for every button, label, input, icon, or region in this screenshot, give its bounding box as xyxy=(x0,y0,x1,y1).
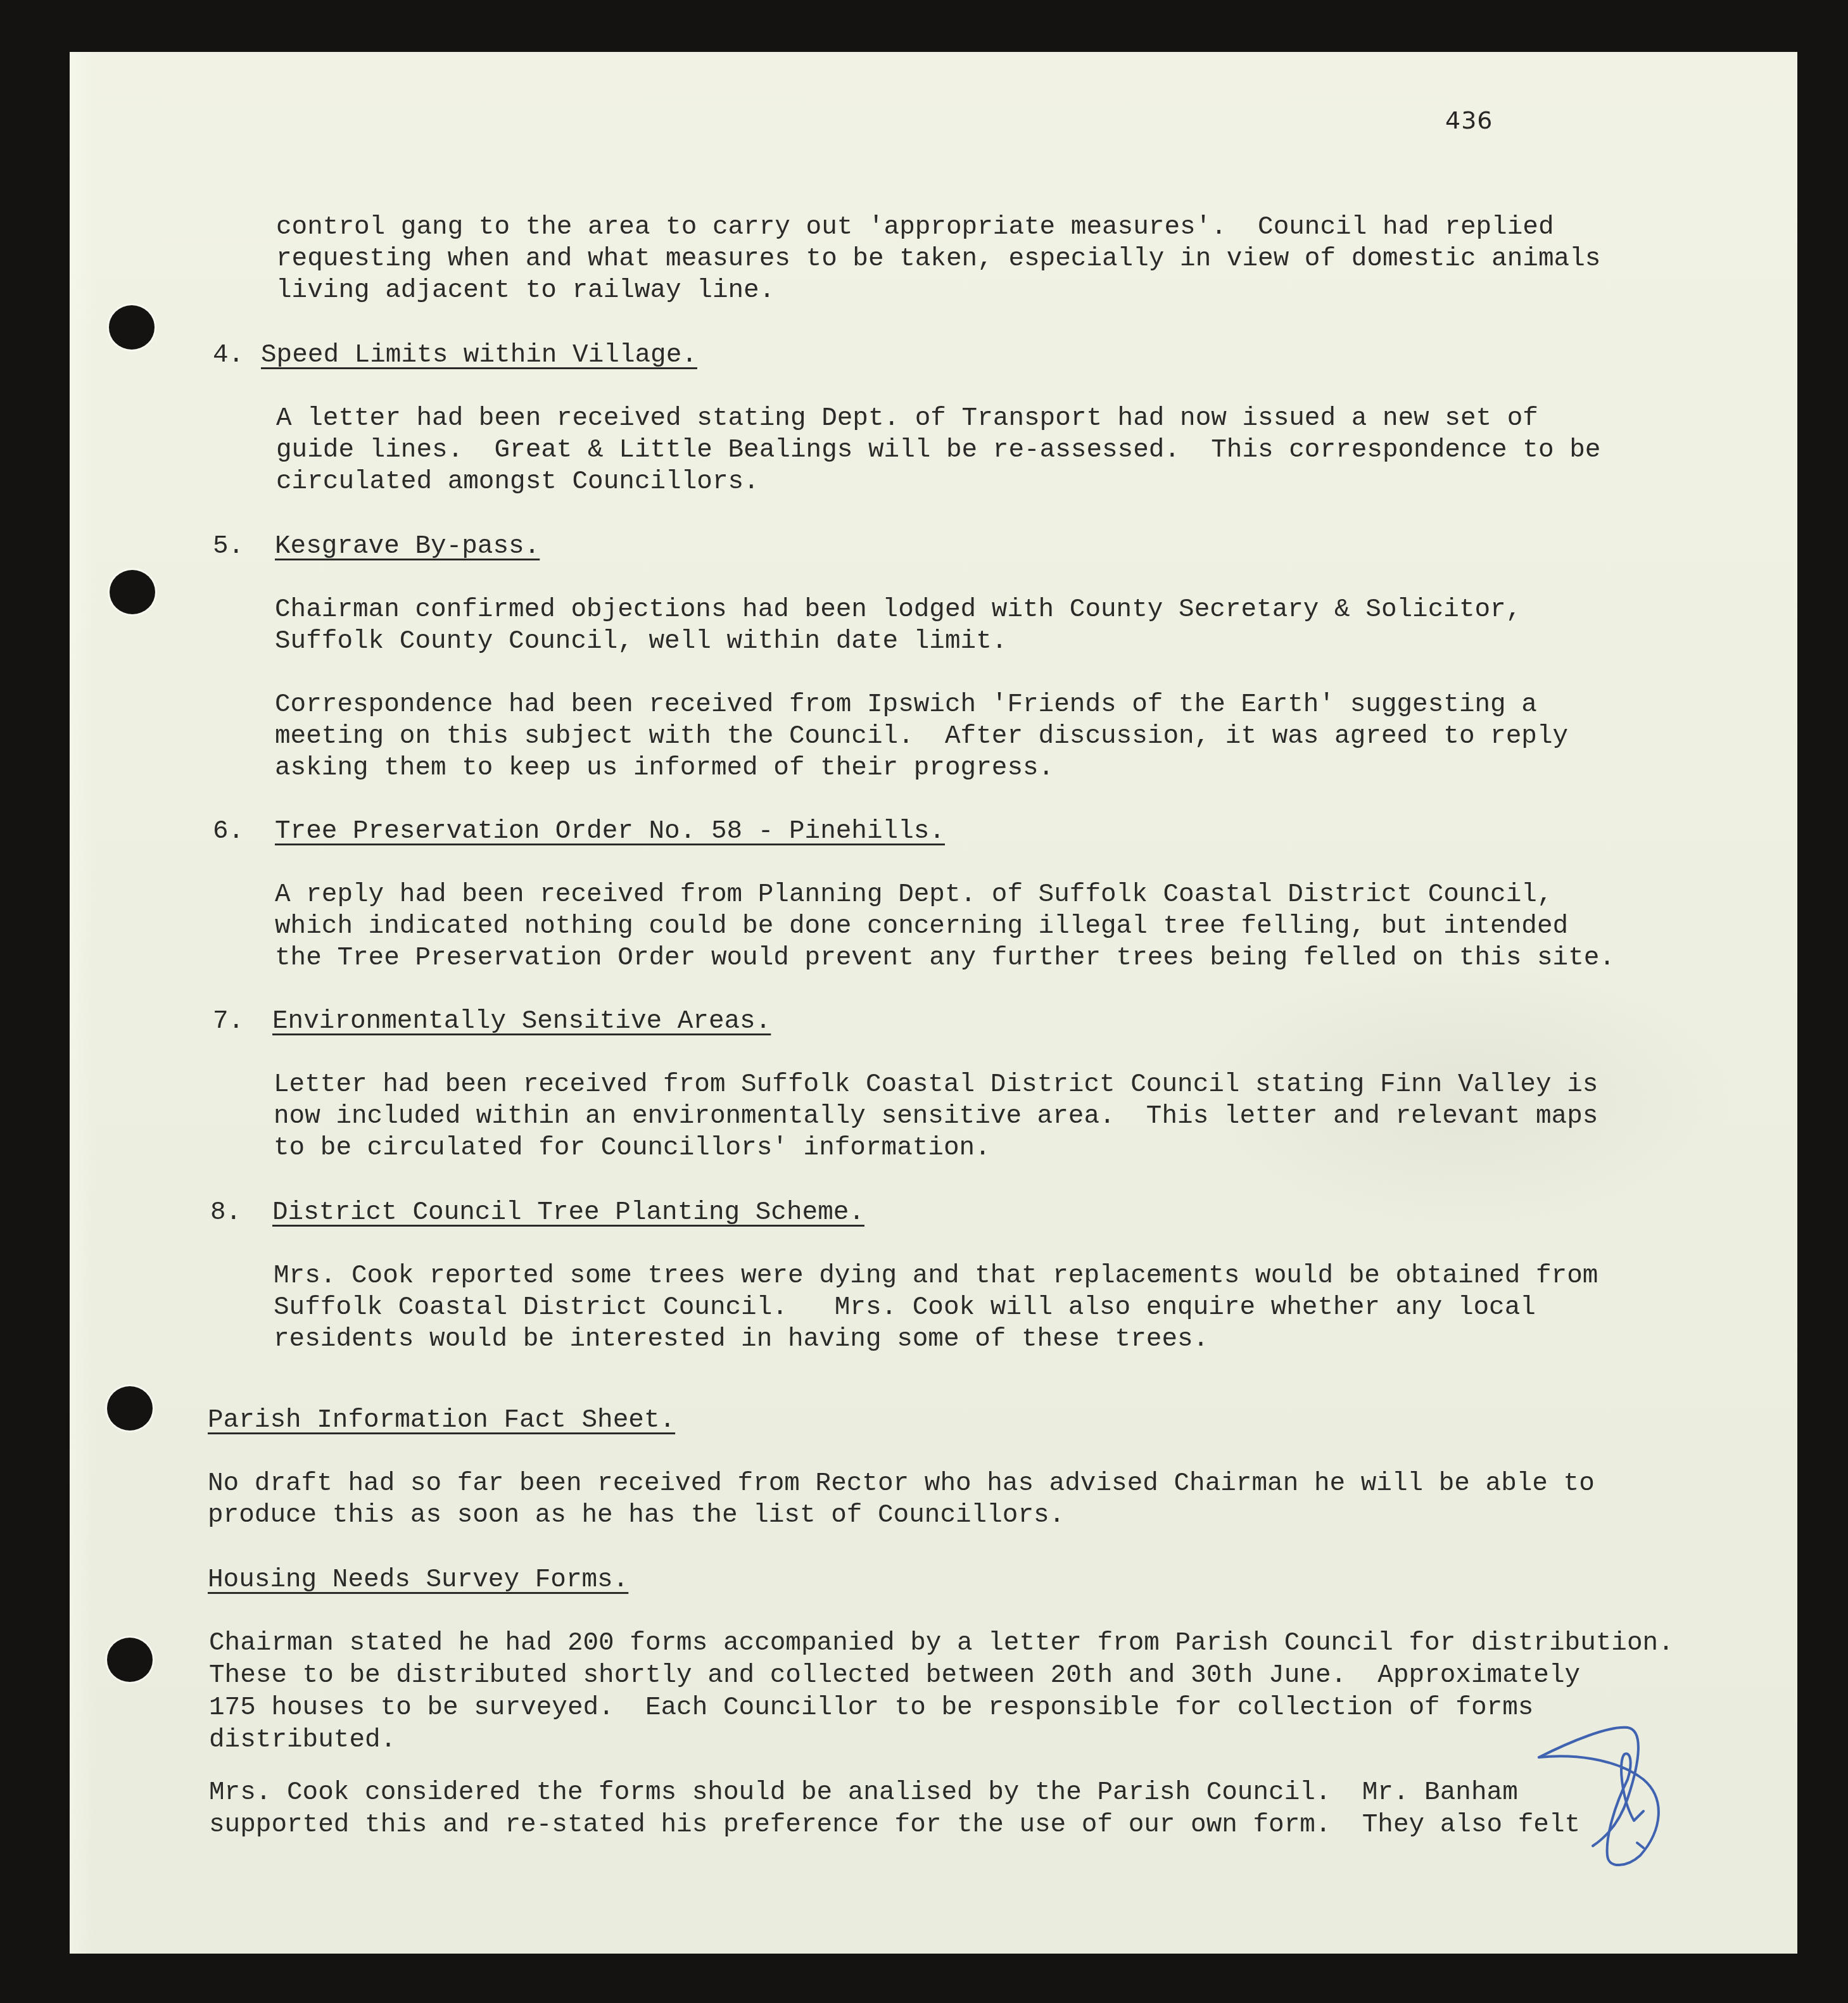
text-line: residents would be interested in having … xyxy=(274,1324,1208,1355)
section-heading: Parish Information Fact Sheet. xyxy=(208,1405,675,1436)
text-line: asking them to keep us informed of their… xyxy=(275,752,1054,784)
punch-hole-1 xyxy=(109,305,155,350)
punch-hole-3 xyxy=(107,1386,153,1431)
punch-hole-2 xyxy=(110,570,155,614)
item-number: 6. xyxy=(213,816,244,847)
text-line: guide lines. Great & Little Bealings wil… xyxy=(276,434,1600,466)
item-heading: Environmentally Sensitive Areas. xyxy=(272,1006,771,1037)
item-number: 7. xyxy=(213,1006,244,1037)
section-heading: Housing Needs Survey Forms. xyxy=(208,1564,628,1596)
text-line: supported this and re-stated his prefere… xyxy=(209,1809,1580,1841)
text-line: control gang to the area to carry out 'a… xyxy=(276,212,1554,243)
text-line: now included within an environmentally s… xyxy=(274,1101,1598,1132)
text-line: distributed. xyxy=(209,1724,396,1756)
item-heading: Tree Preservation Order No. 58 - Pinehil… xyxy=(275,816,945,847)
text-line: living adjacent to railway line. xyxy=(276,275,775,306)
item-number: 4. xyxy=(213,339,244,371)
text-line: requesting when and what measures to be … xyxy=(276,243,1600,275)
text-line: Suffolk Coastal District Council. Mrs. C… xyxy=(274,1292,1536,1324)
text-line: the Tree Preservation Order would preven… xyxy=(275,942,1615,974)
page-number: 436 xyxy=(1445,106,1493,134)
text-line: No draft had so far been received from R… xyxy=(208,1468,1595,1500)
text-line: to be circulated for Councillors' inform… xyxy=(274,1132,990,1164)
text-line: Suffolk County Council, well within date… xyxy=(275,626,1007,657)
text-line: circulated amongst Councillors. xyxy=(276,466,759,498)
item-number: 5. xyxy=(213,531,244,562)
item-heading: Kesgrave By-pass. xyxy=(275,531,540,562)
item-number: 8. xyxy=(210,1197,241,1229)
text-line: These to be distributed shortly and coll… xyxy=(209,1660,1580,1691)
text-line: A reply had been received from Planning … xyxy=(275,879,1553,911)
text-line: Correspondence had been received from Ip… xyxy=(275,689,1537,721)
text-line: produce this as soon as he has the list … xyxy=(208,1500,1065,1531)
text-line: A letter had been received stating Dept.… xyxy=(276,403,1538,434)
text-line: Mrs. Cook considered the forms should be… xyxy=(209,1777,1518,1809)
text-line: Letter had been received from Suffolk Co… xyxy=(274,1069,1598,1101)
text-line: meeting on this subject with the Council… xyxy=(275,721,1568,752)
item-heading: Speed Limits within Village. xyxy=(261,339,697,371)
text-line: which indicated nothing could be done co… xyxy=(275,911,1568,942)
text-line: Mrs. Cook reported some trees were dying… xyxy=(274,1260,1598,1292)
text-line: 175 houses to be surveyed. Each Councill… xyxy=(209,1692,1533,1724)
text-line: Chairman stated he had 200 forms accompa… xyxy=(209,1627,1674,1659)
item-heading: District Council Tree Planting Scheme. xyxy=(272,1197,864,1229)
text-line: Chairman confirmed objections had been l… xyxy=(275,594,1521,626)
punch-hole-4 xyxy=(107,1638,153,1682)
